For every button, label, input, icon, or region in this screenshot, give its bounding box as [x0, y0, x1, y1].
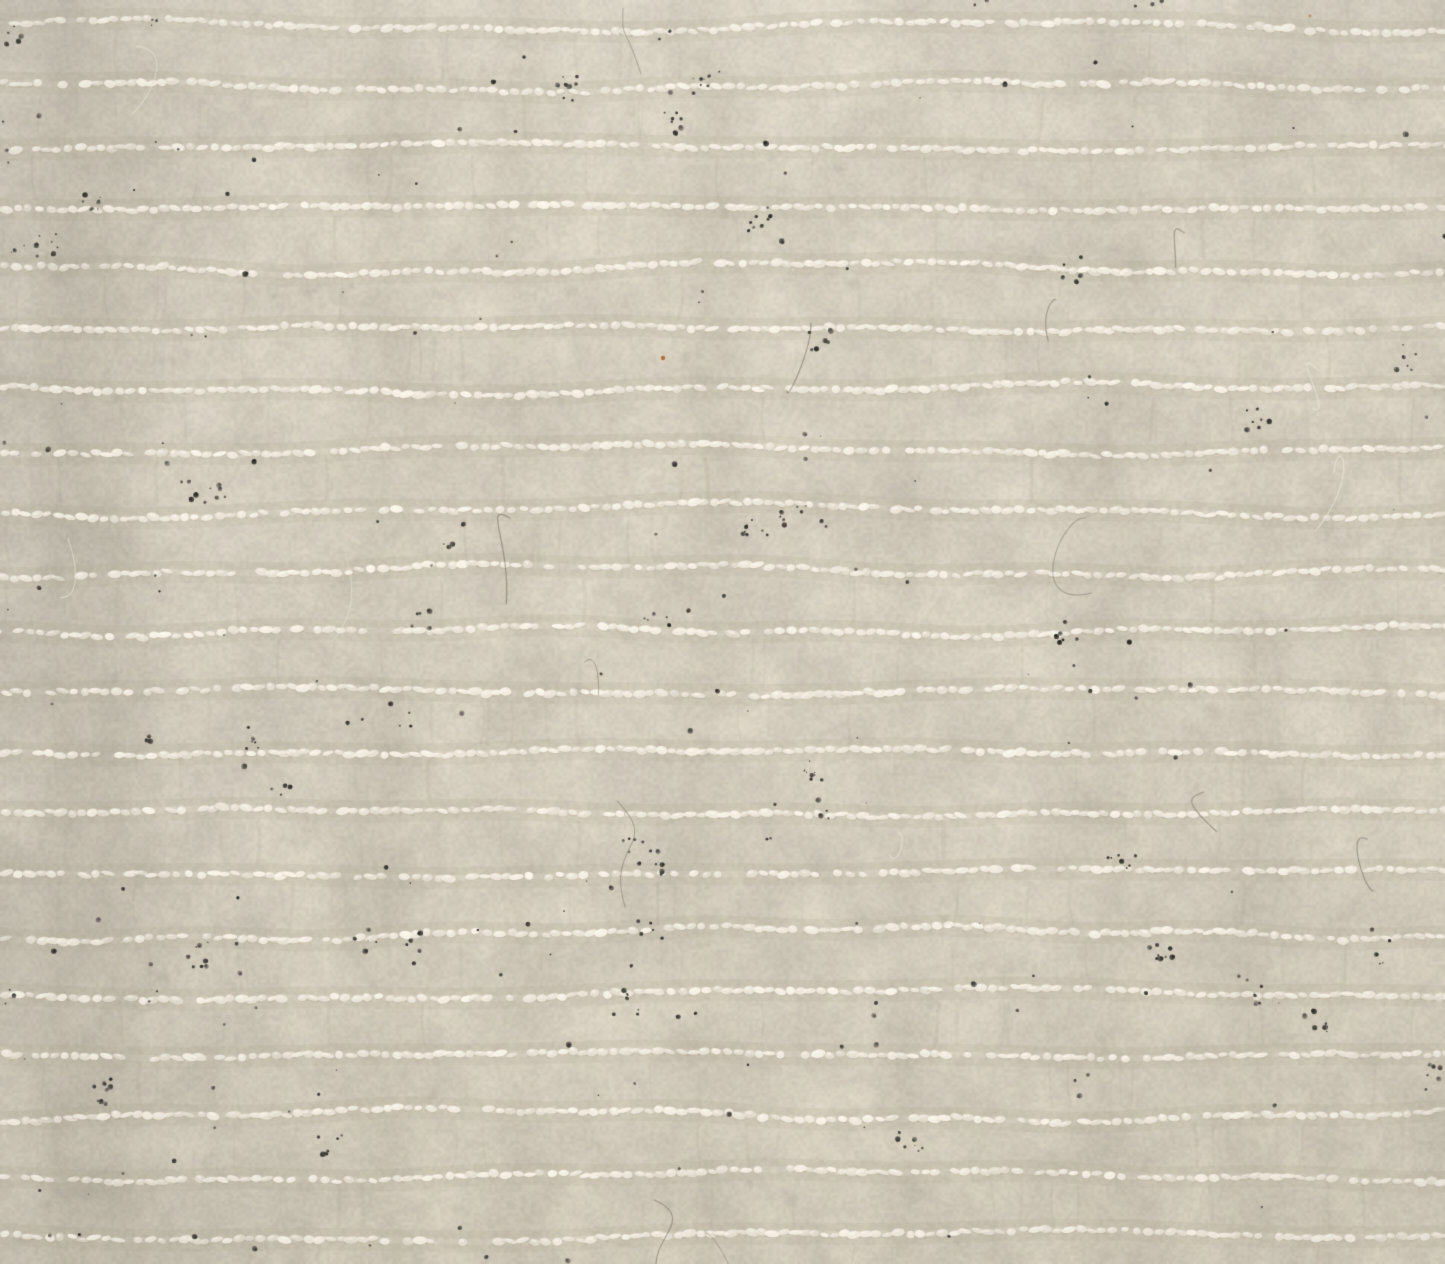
photo-viewport — [0, 0, 1445, 1264]
wool-rug-texture-photo — [0, 0, 1445, 1264]
